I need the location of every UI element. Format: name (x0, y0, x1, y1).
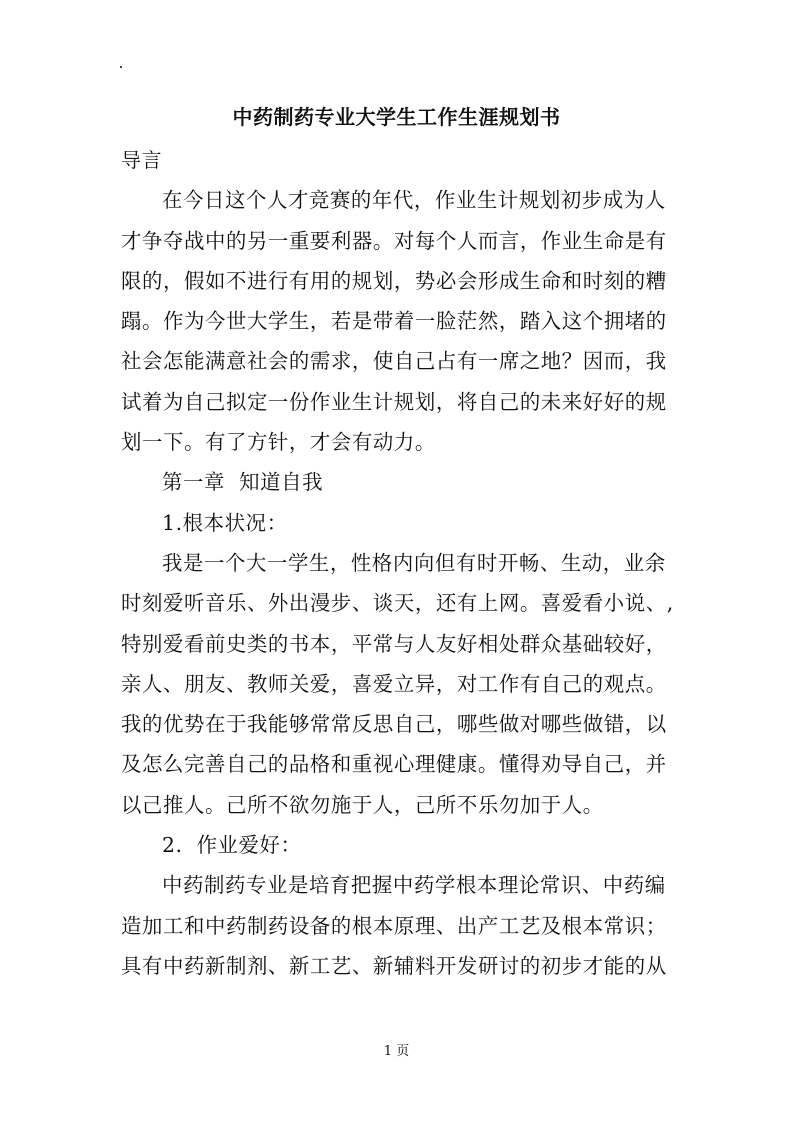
intro-line: 试着为自己拟定一份作业生计规划，将自己的未来好好的规 (121, 382, 677, 422)
section2-line: 具有中药新制剂、新工艺、新辅料开发研讨的初步才能的从 (121, 946, 677, 986)
section-heading: 1.根本状况： (121, 503, 677, 543)
intro-line: 才争夺战中的另一重要利器。对每个人而言，作业生命是有 (121, 221, 677, 261)
section1-line: 时刻爱听音乐、外出漫步、谈天，还有上网。喜爱看小说、, (121, 583, 677, 623)
section1-line: 我是一个大一学生，性格内向但有时开畅、生动，业余 (121, 543, 677, 583)
page-number: 1 页 (0, 1040, 793, 1059)
section2-line: 中药制药专业是培育把握中药学根本理论常识、中药编 (121, 865, 677, 905)
document-title: 中药制药专业大学生工作生涯规划书 (0, 101, 793, 130)
intro-line: 蹋。作为今世大学生，若是带着一脸茫然，踏入这个拥堵的 (121, 301, 677, 341)
intro-line: 划一下。有了方针，才会有动力。 (121, 422, 677, 462)
intro-line: 社会怎能满意社会的需求，使自己占有一席之地？因而，我 (121, 341, 677, 381)
section1-line: 我的优势在于我能够常常反思自己，哪些做对哪些做错，以 (121, 704, 677, 744)
section1-line: 亲人、朋友、教师关爱，喜爱立异，对工作有自己的观点。 (121, 664, 677, 704)
page-marker-dot (120, 66, 122, 68)
document-body: 导言 在今日这个人才竞赛的年代，作业生计规划初步成为人 才争夺战中的另一重要利器… (121, 140, 677, 986)
intro-line: 在今日这个人才竞赛的年代，作业生计规划初步成为人 (121, 180, 677, 220)
intro-heading: 导言 (121, 140, 677, 180)
section1-line: 以己推人。己所不欲勿施于人，己所不乐勿加于人。 (121, 785, 677, 825)
section-heading: 2．作业爱好： (121, 825, 677, 865)
section1-line: 特别爱看前史类的书本，平常与人友好相处群众基础较好， (121, 624, 677, 664)
section2-line: 造加工和中药制药设备的根本原理、出产工艺及根本常识； (121, 906, 677, 946)
intro-line: 限的，假如不进行有用的规划，势必会形成生命和时刻的糟 (121, 261, 677, 301)
chapter-heading: 第一章 知道自我 (121, 462, 677, 502)
section1-line: 及怎么完善自己的品格和重视心理健康。懂得劝导自己，并 (121, 744, 677, 784)
